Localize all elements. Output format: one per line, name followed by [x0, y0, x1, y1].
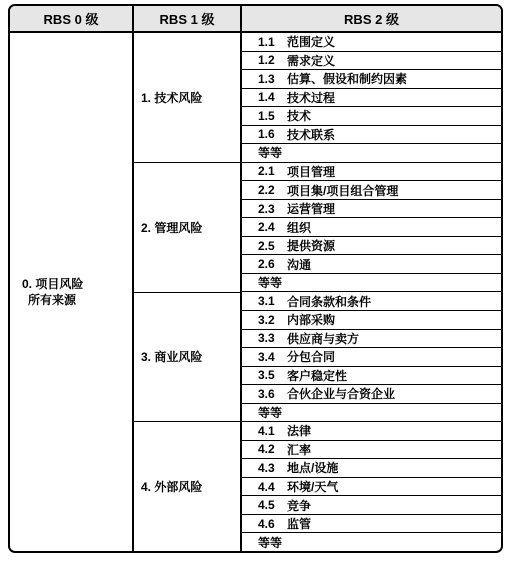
item-number: 4.1 [258, 424, 287, 438]
item-number: 2.2 [258, 183, 287, 197]
item-text: 竞争 [287, 497, 311, 514]
level0-line2: 所有来源 [22, 292, 132, 308]
item-number: 2.6 [258, 257, 287, 271]
level2-row: 4.2汇率 [242, 441, 501, 460]
level2-row: 2.1项目管理 [242, 163, 501, 182]
item-text: 等等 [258, 274, 282, 291]
level0-column: 0. 项目风险 所有来源 [10, 33, 134, 551]
level2-row-etc: 等等 [242, 274, 501, 293]
item-text: 等等 [258, 404, 282, 421]
level2-row: 4.1法律 [242, 422, 501, 441]
item-text: 提供资源 [287, 237, 335, 254]
item-number: 4.3 [258, 461, 287, 475]
item-text: 运营管理 [287, 200, 335, 217]
item-text: 客户稳定性 [287, 367, 347, 384]
item-number: 1.3 [258, 72, 287, 86]
level2-row: 2.4组织 [242, 218, 501, 237]
table-body: 0. 项目风险 所有来源 1. 技术风险 2. 管理风险 3. 商业风险 4. … [10, 33, 501, 551]
item-number: 4.4 [258, 480, 287, 494]
item-number: 3.2 [258, 313, 287, 327]
level2-row: 3.5客户稳定性 [242, 367, 501, 386]
level2-row: 2.5提供资源 [242, 237, 501, 256]
level2-row: 1.2需求定义 [242, 52, 501, 71]
item-text: 项目管理 [287, 163, 335, 180]
item-text: 技术 [287, 107, 311, 124]
item-number: 1.1 [258, 35, 287, 49]
level2-row: 3.2内部采购 [242, 311, 501, 330]
item-text: 范围定义 [287, 33, 335, 50]
level2-row-etc: 等等 [242, 144, 501, 163]
item-text: 估算、假设和制约因素 [287, 70, 407, 87]
item-number: 1.5 [258, 109, 287, 123]
level2-row: 4.3地点/设施 [242, 459, 501, 478]
item-number: 4.6 [258, 517, 287, 531]
item-text: 沟通 [287, 256, 311, 273]
item-number: 3.1 [258, 294, 287, 308]
level1-cell-commercial: 3. 商业风险 [134, 293, 240, 423]
level2-row: 1.3估算、假设和制约因素 [242, 70, 501, 89]
item-number: 3.6 [258, 387, 287, 401]
item-number: 3.4 [258, 350, 287, 364]
item-number: 3.3 [258, 331, 287, 345]
level0-line1: 0. 项目风险 [22, 276, 132, 292]
table-header-row: RBS 0 级 RBS 1 级 RBS 2 级 [10, 6, 501, 33]
level2-row: 3.4分包合同 [242, 348, 501, 367]
level2-row: 3.1合同条款和条件 [242, 292, 501, 311]
item-number: 1.6 [258, 127, 287, 141]
level2-row: 2.3运营管理 [242, 200, 501, 219]
item-text: 组织 [287, 219, 311, 236]
level2-row: 1.4技术过程 [242, 89, 501, 108]
header-rbs-level-0: RBS 0 级 [10, 6, 134, 31]
header-rbs-level-1: RBS 1 级 [134, 6, 242, 31]
item-text: 汇率 [287, 441, 311, 458]
header-rbs-level-2: RBS 2 级 [242, 6, 501, 31]
item-number: 4.2 [258, 442, 287, 456]
item-text: 供应商与卖方 [287, 330, 359, 347]
item-text: 需求定义 [287, 52, 335, 69]
item-text: 监管 [287, 515, 311, 532]
level0-cell: 0. 项目风险 所有来源 [10, 276, 132, 308]
item-number: 2.4 [258, 220, 287, 234]
item-number: 2.3 [258, 202, 287, 216]
level1-cell-external: 4. 外部风险 [134, 422, 240, 551]
item-text: 技术过程 [287, 89, 335, 106]
rbs-table: RBS 0 级 RBS 1 级 RBS 2 级 0. 项目风险 所有来源 1. … [8, 4, 503, 553]
level2-row: 3.3供应商与卖方 [242, 330, 501, 349]
item-text: 技术联系 [287, 126, 335, 143]
level2-row: 4.4环境/天气 [242, 478, 501, 497]
item-text: 环境/天气 [287, 478, 338, 495]
level2-row: 1.1范围定义 [242, 33, 501, 52]
level1-label: 3. 商业风险 [141, 348, 202, 365]
item-text: 等等 [258, 534, 282, 551]
item-text: 等等 [258, 144, 282, 161]
item-text: 内部采购 [287, 311, 335, 328]
level1-column: 1. 技术风险 2. 管理风险 3. 商业风险 4. 外部风险 [134, 33, 242, 551]
level1-label: 1. 技术风险 [141, 89, 202, 106]
level2-row: 4.6监管 [242, 515, 501, 534]
level2-row: 3.6合伙企业与合资企业 [242, 385, 501, 404]
item-text: 合伙企业与合资企业 [287, 385, 395, 402]
level2-column: 1.1范围定义 1.2需求定义 1.3估算、假设和制约因素 1.4技术过程 1.… [242, 33, 501, 551]
item-text: 分包合同 [287, 348, 335, 365]
level1-cell-management: 2. 管理风险 [134, 163, 240, 293]
item-number: 3.5 [258, 368, 287, 382]
item-number: 4.5 [258, 498, 287, 512]
level2-row-etc: 等等 [242, 404, 501, 423]
item-number: 2.1 [258, 164, 287, 178]
level1-label: 2. 管理风险 [141, 219, 202, 236]
level2-row: 4.5竞争 [242, 496, 501, 515]
level1-label: 4. 外部风险 [141, 478, 202, 495]
item-number: 1.4 [258, 90, 287, 104]
item-number: 1.2 [258, 53, 287, 67]
level2-row-etc: 等等 [242, 533, 501, 551]
level2-row: 1.6技术联系 [242, 126, 501, 145]
item-text: 地点/设施 [287, 459, 338, 476]
level2-row: 1.5技术 [242, 107, 501, 126]
item-text: 项目集/项目组合管理 [287, 182, 398, 199]
level1-cell-technical: 1. 技术风险 [134, 33, 240, 163]
level2-row: 2.6沟通 [242, 255, 501, 274]
item-text: 法律 [287, 422, 311, 439]
item-number: 2.5 [258, 239, 287, 253]
item-text: 合同条款和条件 [287, 293, 371, 310]
level2-row: 2.2项目集/项目组合管理 [242, 181, 501, 200]
